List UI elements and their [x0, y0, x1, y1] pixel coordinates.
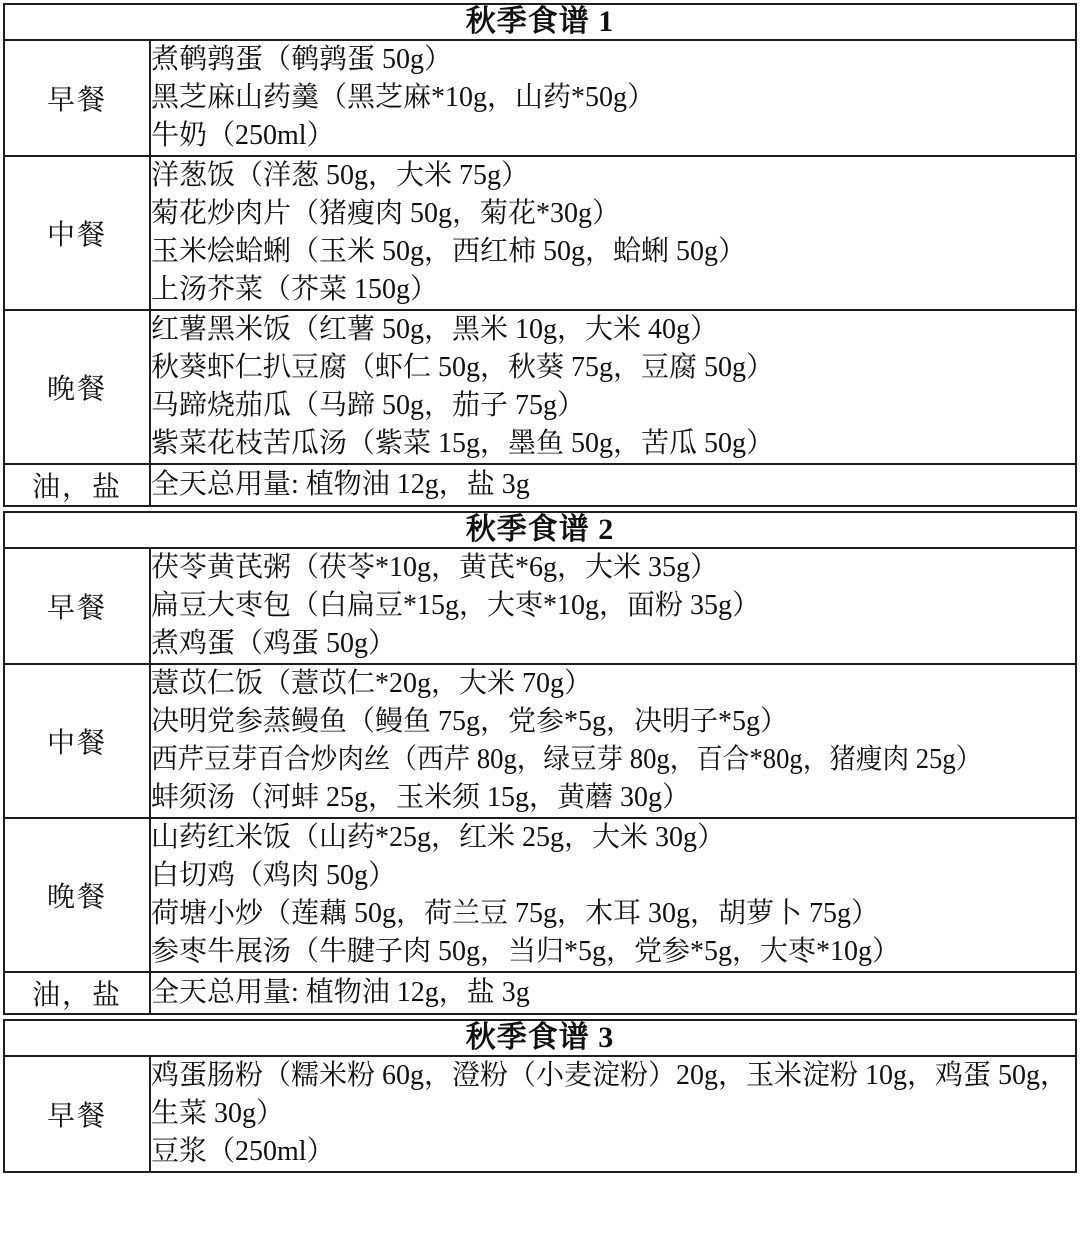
meal-label: 油，盐 [4, 464, 150, 506]
meal-label: 油，盐 [4, 972, 150, 1014]
dish-item: 蚌须汤（河蚌 25g，玉米须 15g，黄蘑 30g） [151, 779, 1075, 817]
dish-item: 鸡蛋肠粉（糯米粉 60g，澄粉（小麦淀粉）20g，玉米淀粉 10g，鸡蛋 50g… [151, 1057, 1075, 1133]
table-row-oil-salt: 油，盐 全天总用量: 植物油 12g，盐 3g [4, 464, 1076, 506]
meal-label: 早餐 [4, 548, 150, 664]
dish-item: 红薯黑米饭（红薯 50g，黑米 10g，大米 40g） [151, 311, 1075, 349]
dish-item: 山药红米饭（山药*25g，红米 25g，大米 30g） [151, 819, 1075, 857]
table-header-row: 秋季食谱 2 [4, 512, 1076, 548]
dish-list: 山药红米饭（山药*25g，红米 25g，大米 30g） 白切鸡（鸡肉 50g） … [150, 818, 1076, 972]
dish-item: 牛奶（250ml） [151, 117, 1075, 155]
table-title: 秋季食谱 2 [4, 512, 1076, 548]
dish-item: 洋葱饭（洋葱 50g，大米 75g） [151, 157, 1075, 195]
table-row-breakfast: 早餐 煮鹌鹑蛋（鹌鹑蛋 50g） 黑芝麻山药羹（黑芝麻*10g，山药*50g） … [4, 40, 1076, 156]
meal-label: 早餐 [4, 1056, 150, 1172]
table-row-oil-salt: 油，盐 全天总用量: 植物油 12g，盐 3g [4, 972, 1076, 1014]
dish-item: 马蹄烧茄瓜（马蹄 50g，茄子 75g） [151, 387, 1075, 425]
dish-list: 薏苡仁饭（薏苡仁*20g，大米 70g） 决明党参蒸鳗鱼（鳗鱼 75g，党参*5… [150, 664, 1076, 818]
dish-item: 决明党参蒸鳗鱼（鳗鱼 75g，党参*5g，决明子*5g） [151, 703, 1075, 741]
dish-list: 全天总用量: 植物油 12g，盐 3g [150, 972, 1076, 1014]
dish-list: 鸡蛋肠粉（糯米粉 60g，澄粉（小麦淀粉）20g，玉米淀粉 10g，鸡蛋 50g… [150, 1056, 1076, 1172]
dish-list: 红薯黑米饭（红薯 50g，黑米 10g，大米 40g） 秋葵虾仁扒豆腐（虾仁 5… [150, 310, 1076, 464]
dish-item: 荷塘小炒（莲藕 50g，荷兰豆 75g，木耳 30g，胡萝卜 75g） [151, 895, 1075, 933]
table-row-dinner: 晚餐 山药红米饭（山药*25g，红米 25g，大米 30g） 白切鸡（鸡肉 50… [4, 818, 1076, 972]
recipe-table-1: 秋季食谱 1 早餐 煮鹌鹑蛋（鹌鹑蛋 50g） 黑芝麻山药羹（黑芝麻*10g，山… [3, 3, 1077, 507]
recipe-table-2: 秋季食谱 2 早餐 茯苓黄芪粥（茯苓*10g，黄芪*6g，大米 35g） 扁豆大… [3, 511, 1077, 1015]
dish-item: 扁豆大枣包（白扁豆*15g，大枣*10g，面粉 35g） [151, 587, 1075, 625]
dish-list: 洋葱饭（洋葱 50g，大米 75g） 菊花炒肉片（猪瘦肉 50g，菊花*30g）… [150, 156, 1076, 310]
recipe-table-3: 秋季食谱 3 早餐 鸡蛋肠粉（糯米粉 60g，澄粉（小麦淀粉）20g，玉米淀粉 … [3, 1019, 1077, 1173]
dish-item: 煮鹌鹑蛋（鹌鹑蛋 50g） [151, 41, 1075, 79]
daily-total: 全天总用量: 植物油 12g，盐 3g [151, 974, 1075, 1012]
daily-total: 全天总用量: 植物油 12g，盐 3g [151, 466, 1075, 504]
table-row-breakfast: 早餐 鸡蛋肠粉（糯米粉 60g，澄粉（小麦淀粉）20g，玉米淀粉 10g，鸡蛋 … [4, 1056, 1076, 1172]
dish-list: 茯苓黄芪粥（茯苓*10g，黄芪*6g，大米 35g） 扁豆大枣包（白扁豆*15g… [150, 548, 1076, 664]
dish-item: 煮鸡蛋（鸡蛋 50g） [151, 625, 1075, 663]
meal-label: 晚餐 [4, 310, 150, 464]
dish-item: 茯苓黄芪粥（茯苓*10g，黄芪*6g，大米 35g） [151, 549, 1075, 587]
meal-label: 早餐 [4, 40, 150, 156]
dish-item: 薏苡仁饭（薏苡仁*20g，大米 70g） [151, 665, 1075, 703]
dish-item: 西芹豆芽百合炒肉丝（西芹 80g，绿豆芽 80g，百合*80g，猪瘦肉 25g） [151, 741, 1029, 779]
dish-item: 黑芝麻山药羹（黑芝麻*10g，山药*50g） [151, 79, 1075, 117]
table-title: 秋季食谱 1 [4, 4, 1076, 40]
table-title: 秋季食谱 3 [4, 1020, 1076, 1056]
table-row-breakfast: 早餐 茯苓黄芪粥（茯苓*10g，黄芪*6g，大米 35g） 扁豆大枣包（白扁豆*… [4, 548, 1076, 664]
table-row-lunch: 中餐 薏苡仁饭（薏苡仁*20g，大米 70g） 决明党参蒸鳗鱼（鳗鱼 75g，党… [4, 664, 1076, 818]
recipe-document: 秋季食谱 1 早餐 煮鹌鹑蛋（鹌鹑蛋 50g） 黑芝麻山药羹（黑芝麻*10g，山… [0, 0, 1080, 1177]
dish-item: 秋葵虾仁扒豆腐（虾仁 50g，秋葵 75g，豆腐 50g） [151, 349, 1075, 387]
table-header-row: 秋季食谱 1 [4, 4, 1076, 40]
dish-list: 煮鹌鹑蛋（鹌鹑蛋 50g） 黑芝麻山药羹（黑芝麻*10g，山药*50g） 牛奶（… [150, 40, 1076, 156]
dish-item: 紫菜花枝苦瓜汤（紫菜 15g，墨鱼 50g，苦瓜 50g） [151, 425, 1075, 463]
meal-label: 中餐 [4, 664, 150, 818]
dish-item: 参枣牛展汤（牛腱子肉 50g，当归*5g，党参*5g，大枣*10g） [151, 933, 1075, 971]
table-header-row: 秋季食谱 3 [4, 1020, 1076, 1056]
meal-label: 中餐 [4, 156, 150, 310]
dish-item: 白切鸡（鸡肉 50g） [151, 857, 1075, 895]
dish-item: 菊花炒肉片（猪瘦肉 50g，菊花*30g） [151, 195, 1075, 233]
dish-item: 上汤芥菜（芥菜 150g） [151, 271, 1075, 309]
table-row-lunch: 中餐 洋葱饭（洋葱 50g，大米 75g） 菊花炒肉片（猪瘦肉 50g，菊花*3… [4, 156, 1076, 310]
dish-item: 玉米烩蛤蜊（玉米 50g，西红柿 50g，蛤蜊 50g） [151, 233, 1075, 271]
dish-list: 全天总用量: 植物油 12g，盐 3g [150, 464, 1076, 506]
meal-label: 晚餐 [4, 818, 150, 972]
dish-item: 豆浆（250ml） [151, 1133, 1075, 1171]
table-row-dinner: 晚餐 红薯黑米饭（红薯 50g，黑米 10g，大米 40g） 秋葵虾仁扒豆腐（虾… [4, 310, 1076, 464]
